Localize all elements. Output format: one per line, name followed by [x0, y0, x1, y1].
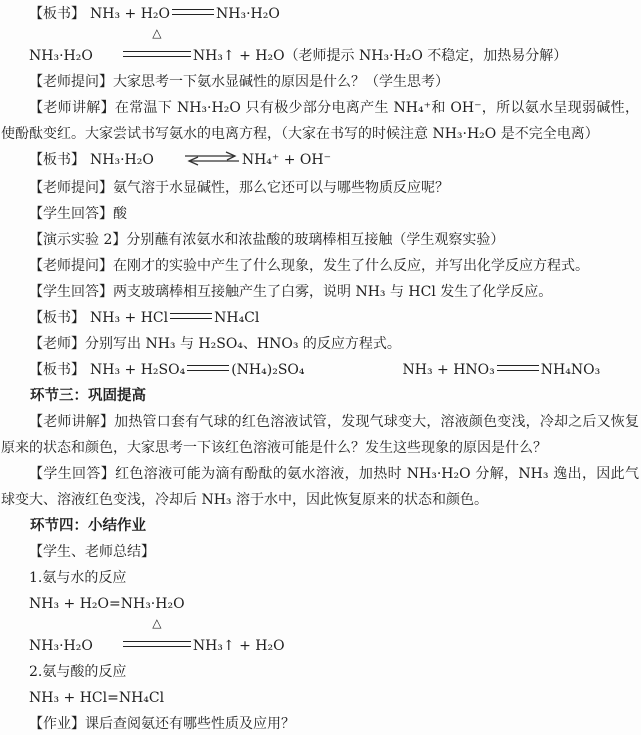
formula-right: NH₃·H₂O: [216, 6, 280, 22]
board-equation-ammonia-water: 【板书】NH₃ + H₂ONH₃·H₂O: [1, 1, 639, 27]
student-answer: 【学生回答】两支玻璃棒相互接触产生了白雾，说明 NH₃ 与 HCl 发生了化学反…: [1, 279, 639, 305]
formula-right: NH₃↑ + H₂O: [193, 48, 285, 64]
board-equation-acids: 【板书】NH₃ + H₂SO₄(NH₄)₂SO₄NH₃ + HNO₃NH₄NO₃: [1, 357, 639, 383]
formula-left: NH₃·H₂O: [90, 152, 154, 168]
double-line-equals-icon: [123, 641, 191, 647]
speaker-tag: 【板书】: [29, 6, 85, 22]
double-line-equals-icon: [170, 313, 212, 319]
teacher-question: 【老师提问】在刚才的实验中产生了什么现象，发生了什么反应，并写出化学反应方程式。: [1, 253, 639, 279]
double-line-equals-icon: [123, 51, 191, 57]
teacher-question: 【老师提问】氨气溶于水显碱性，那么它还可以与哪些物质反应呢？: [1, 175, 639, 201]
summary-title: 【学生、老师总结】: [1, 539, 639, 565]
teacher-explanation: 【老师讲解】在常温下 NH₃·H₂O 只有极少部分电离产生 NH₄⁺和 OH⁻，…: [1, 95, 639, 147]
teacher-explanation: 【老师讲解】加热管口套有气球的红色溶液试管，发现气球变大，溶液颜色变浅，冷却之后…: [1, 409, 639, 461]
delta-double-line-icon: △: [93, 633, 193, 659]
speaker-tag: 【板书】: [29, 310, 85, 326]
summary-formula-acid: NH₃ + HCl=NH₄Cl: [1, 685, 639, 711]
lesson-plan-document: 【板书】NH₃ + H₂ONH₃·H₂O NH₃·H₂O△NH₃↑ + H₂O（…: [0, 0, 641, 735]
formula-left: NH₃·H₂O: [29, 48, 93, 64]
formula-right: NH₄Cl: [214, 310, 259, 326]
formula-right: (NH₄)₂SO₄: [231, 362, 304, 378]
summary-formula-water: NH₃ + H₂O=NH₃·H₂O: [1, 591, 639, 617]
student-answer: 【学生回答】红色溶液可能为滴有酚酞的氨水溶液，加热时 NH₃·H₂O 分解，NH…: [1, 461, 639, 513]
homework-assignment: 【作业】课后查阅氨还有哪些性质及应用？: [1, 711, 639, 735]
double-line-equals-icon: [172, 9, 214, 15]
board-equation-hcl: 【板书】NH₃ + HClNH₄Cl: [1, 305, 639, 331]
formula-left: NH₃ + H₂SO₄: [90, 362, 185, 378]
board-equation-decomposition: NH₃·H₂O△NH₃↑ + H₂O（老师提示 NH₃·H₂O 不稳定，加热易分…: [1, 27, 639, 69]
formula-right: NH₃↑ + H₂O: [193, 638, 285, 654]
reversible-arrow-icon: [155, 149, 241, 175]
delta-double-line-icon: △: [93, 43, 193, 69]
double-line-equals-icon: [187, 365, 229, 371]
teacher-question: 【老师提问】大家思考一下氨水显碱性的原因是什么？（学生思考）: [1, 69, 639, 95]
speaker-tag: 【板书】: [29, 362, 85, 378]
formula-left: NH₃ + HNO₃: [403, 362, 495, 378]
formula-left: NH₃·H₂O: [29, 638, 93, 654]
formula-right: NH₄NO₃: [541, 362, 600, 378]
teacher-note: （老师提示 NH₃·H₂O 不稳定，加热易分解）: [285, 48, 568, 64]
formula-right: NH₄⁺ + OH⁻: [242, 152, 331, 168]
board-equation-ionization: 【板书】NH₃·H₂ONH₄⁺ + OH⁻: [1, 147, 639, 175]
delta-triangle-icon: △: [124, 27, 161, 39]
speaker-tag: 【板书】: [29, 152, 85, 168]
formula-left: NH₃ + H₂O: [90, 6, 170, 22]
formula-left: NH₃ + HCl: [90, 310, 168, 326]
demo-experiment: 【演示实验 2】分别蘸有浓氨水和浓盐酸的玻璃棒相互接触（学生观察实验）: [1, 227, 639, 253]
student-answer: 【学生回答】酸: [1, 201, 639, 227]
summary-item-acid: 2.氨与酸的反应: [1, 659, 639, 685]
summary-equation-decomposition: NH₃·H₂O△NH₃↑ + H₂O: [1, 617, 639, 659]
section-heading-consolidation: 环节三：巩固提高: [1, 383, 639, 409]
section-heading-summary-homework: 环节四：小结作业: [1, 513, 639, 539]
delta-triangle-icon: △: [124, 617, 161, 629]
double-line-equals-icon: [497, 365, 539, 371]
teacher-instruction: 【老师】分别写出 NH₃ 与 H₂SO₄、HNO₃ 的反应方程式。: [1, 331, 639, 357]
summary-item-water: 1.氨与水的反应: [1, 565, 639, 591]
